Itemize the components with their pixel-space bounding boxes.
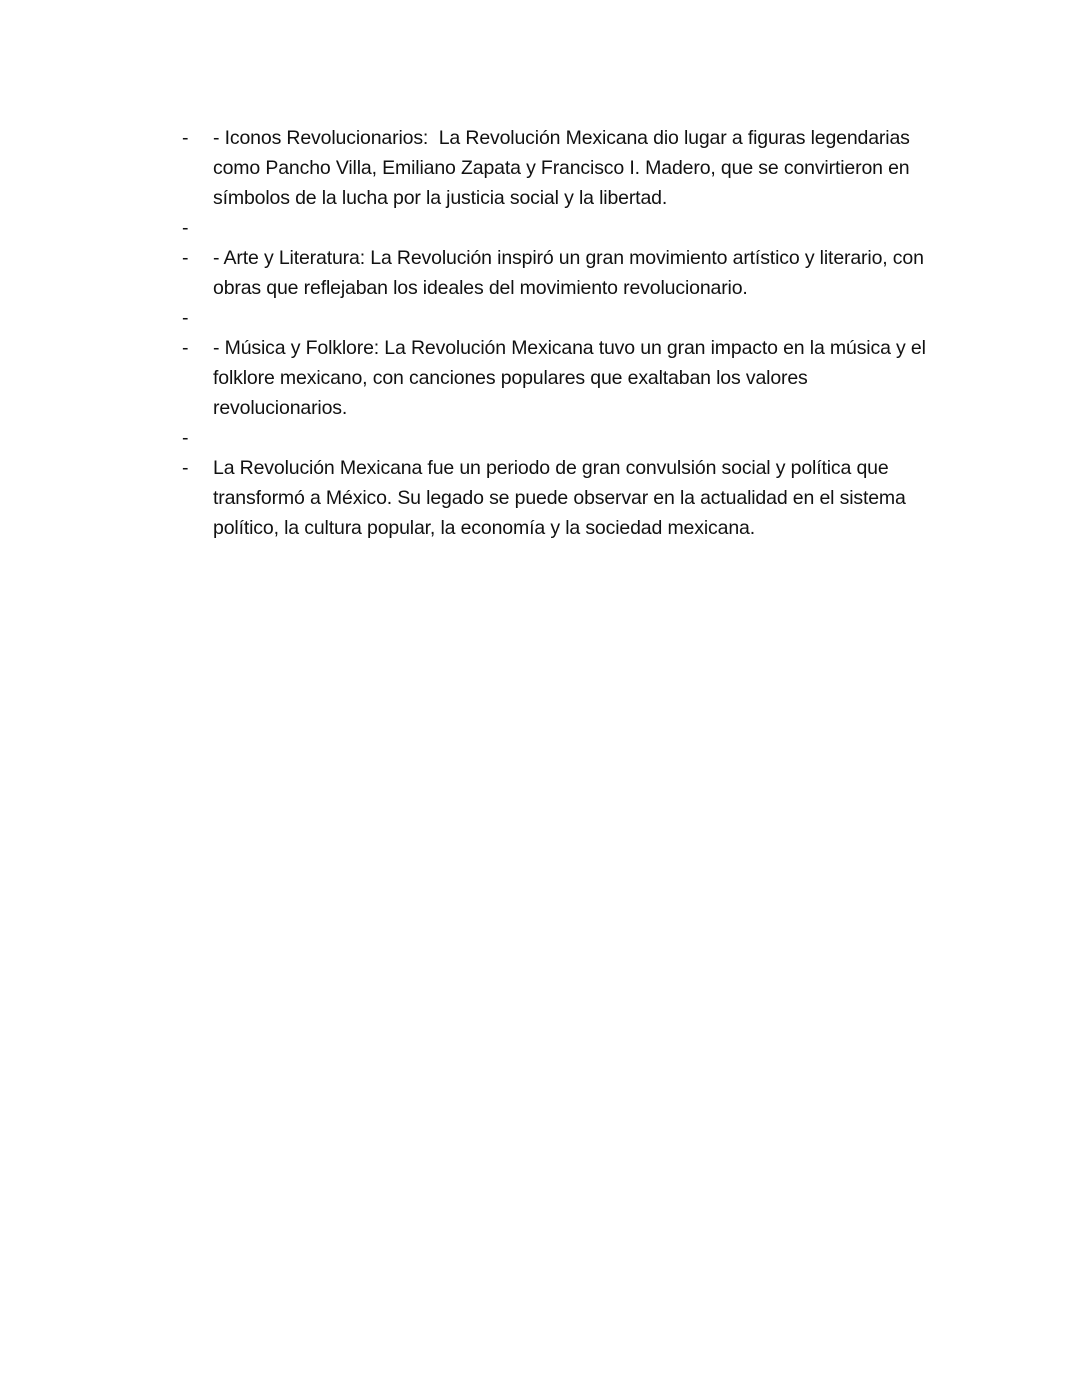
list-item-text: - Iconos Revolucionarios: La Revolución … — [213, 123, 938, 213]
list-item-text: - Música y Folklore: La Revolución Mexic… — [213, 333, 938, 423]
list-item-iconos-revolucionarios: - - Iconos Revolucionarios: La Revolució… — [178, 123, 938, 213]
list-item-text — [213, 423, 938, 453]
dash-bullet-icon: - — [178, 243, 213, 273]
list-item-musica-folklore: - - Música y Folklore: La Revolución Mex… — [178, 333, 938, 423]
dash-bullet-icon: - — [178, 303, 213, 333]
dash-bullet-icon: - — [178, 123, 213, 153]
list-item-arte-literatura: - - Arte y Literatura: La Revolución ins… — [178, 243, 938, 303]
dash-bullet-icon: - — [178, 333, 213, 363]
list-item-text — [213, 303, 938, 333]
document-page: - - Iconos Revolucionarios: La Revolució… — [0, 0, 1080, 1397]
list-item-empty: - — [178, 423, 938, 453]
dash-bullet-icon: - — [178, 213, 213, 243]
list-item-text — [213, 213, 938, 243]
bullet-list: - - Iconos Revolucionarios: La Revolució… — [178, 123, 938, 543]
dash-bullet-icon: - — [178, 453, 213, 483]
list-item-text: La Revolución Mexicana fue un periodo de… — [213, 453, 938, 543]
list-item-empty: - — [178, 303, 938, 333]
list-item-text: - Arte y Literatura: La Revolución inspi… — [213, 243, 938, 303]
list-item-empty: - — [178, 213, 938, 243]
list-item-conclusion: - La Revolución Mexicana fue un periodo … — [178, 453, 938, 543]
dash-bullet-icon: - — [178, 423, 213, 453]
